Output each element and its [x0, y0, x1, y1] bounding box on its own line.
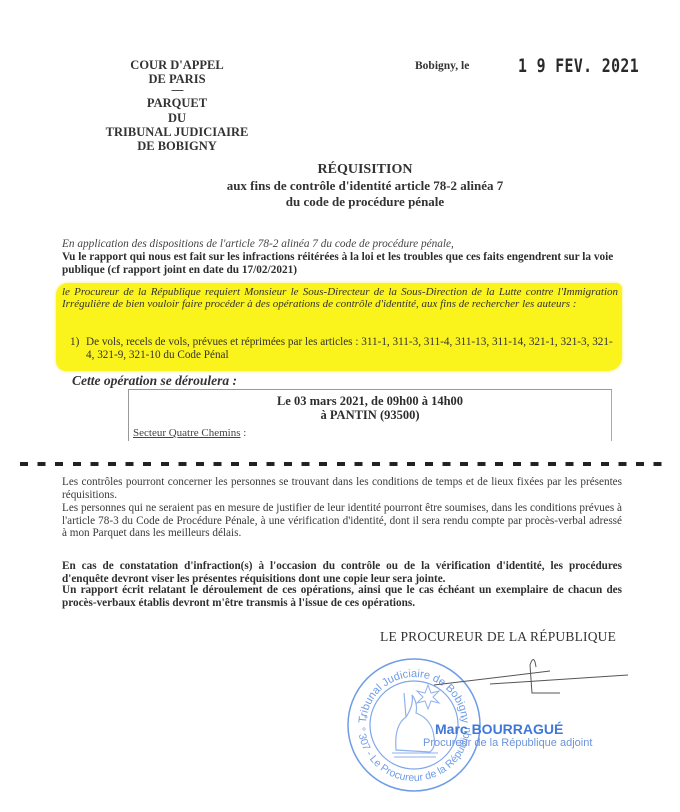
court-line: COUR D'APPEL	[92, 58, 262, 72]
operation-location: à PANTIN (93500)	[128, 408, 612, 422]
dashed-separator	[20, 462, 665, 466]
operation-date: Le 03 mars 2021, de 09h00 à 14h00	[128, 394, 612, 408]
conditions-paragraph-1: Les contrôles pourront concerner les per…	[62, 476, 622, 501]
court-header: COUR D'APPEL DE PARIS ----- PARQUET DU T…	[92, 58, 262, 153]
operation-sector: Secteur Quatre Chemins :	[133, 427, 246, 439]
rapport-text: Vu le rapport qui nous est fait sur les …	[62, 251, 622, 277]
sector-suffix: :	[241, 427, 247, 439]
conditions-paragraph-3: En cas de constatation d'infraction(s) à…	[62, 560, 622, 585]
title-subtitle-2: du code de procédure pénale	[180, 194, 550, 210]
sector-label: Secteur Quatre Chemins	[133, 427, 241, 439]
operation-details: Le 03 mars 2021, de 09h00 à 14h00 à PANT…	[128, 394, 612, 422]
conditions-paragraph-4: Un rapport écrit relatant le déroulement…	[62, 584, 622, 609]
court-line: PARQUET	[92, 96, 262, 110]
court-line: TRIBUNAL JUDICIAIRE	[92, 125, 262, 139]
court-separator: -----	[92, 86, 262, 96]
operation-heading: Cette opération se déroulera :	[72, 373, 237, 389]
handwritten-signature-icon	[430, 645, 630, 705]
place-label: Bobigny, le	[415, 60, 469, 72]
signatory-role: Procureur de la République adjoint	[423, 737, 592, 749]
title-main: RÉQUISITION	[180, 162, 550, 178]
svg-text:*: *	[364, 714, 368, 723]
intro-section: En application des dispositions de l'art…	[62, 238, 622, 276]
document-title: RÉQUISITION aux fins de contrôle d'ident…	[180, 162, 550, 210]
item-text: De vols, recels de vols, prévues et répr…	[86, 336, 613, 361]
signatory-name: Marc BOURRAGUÉ	[435, 721, 563, 737]
conditions-paragraph-2: Les personnes qui ne seraient pas en mes…	[62, 502, 622, 540]
application-text: En application des dispositions de l'art…	[62, 238, 622, 251]
court-line: DU	[92, 111, 262, 125]
request-text: le Procureur de la République requiert M…	[62, 286, 618, 310]
date-stamp: 1 9 FEV. 2021	[518, 55, 639, 77]
title-subtitle: aux fins de contrôle d'identité article …	[180, 178, 550, 194]
court-line: DE PARIS	[92, 72, 262, 86]
offense-list-item: 1) De vols, recels de vols, prévues et r…	[86, 336, 618, 362]
signatory-title: LE PROCUREUR DE LA RÉPUBLIQUE	[380, 629, 616, 645]
item-number: 1)	[70, 336, 79, 349]
court-line: DE BOBIGNY	[92, 139, 262, 153]
